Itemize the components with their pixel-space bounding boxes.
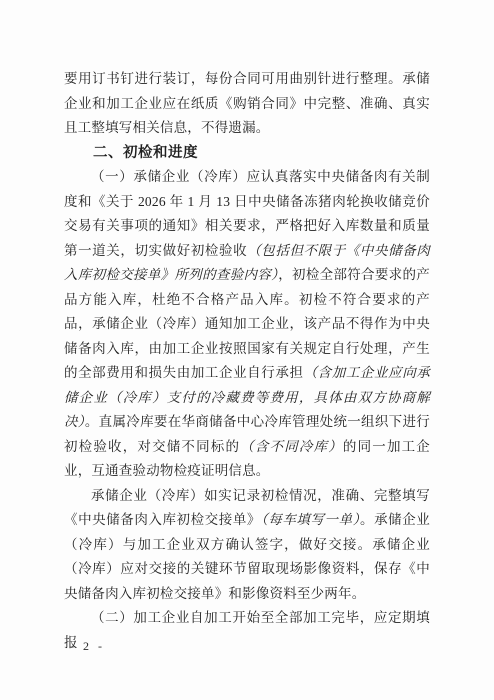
document-body: 要用订书钉进行装订，每份合同可用曲别针进行整理。承储企业和加工企业应在纸质《购销… (64, 67, 430, 655)
page-number: - 2 - (70, 639, 105, 654)
section-heading: 二、初检和进度 (64, 141, 430, 166)
paragraph-item-1-initial-inspection: （一）承储企业（冷库）应认真落实中央储备肉有关制度和《关于 2026 年 1 月… (64, 165, 430, 484)
text-run: （二）加工企业自加工开始至全部加工完毕，应定期填报 (64, 610, 430, 650)
text-run: 二、初检和进度 (93, 145, 198, 161)
kai-text-run: （每车填写一单） (261, 512, 360, 527)
document-page: 要用订书钉进行装订，每份合同可用曲别针进行整理。承储企业和加工企业应在纸质《购销… (0, 0, 494, 700)
paragraph-inspection-record: 承储企业（冷库）如实记录初检情况，准确、完整填写《中央储备肉入库初检交接单》（每… (64, 484, 430, 607)
text-run: ，初检全部符合要求的产品方能入库，杜绝不合格产品入库。初检不符合要求的产品，承储… (64, 267, 430, 380)
paragraph-item-2-processing: （二）加工企业自加工开始至全部加工完毕，应定期填报 (64, 606, 430, 655)
text-run: 要用订书钉进行装订，每份合同可用曲别针进行整理。承储企业和加工企业应在纸质《购销… (64, 71, 430, 135)
kai-text-run: （含不同冷库） (240, 439, 343, 454)
paragraph-binding-requirements: 要用订书钉进行装订，每份合同可用曲别针进行整理。承储企业和加工企业应在纸质《购销… (64, 67, 430, 141)
